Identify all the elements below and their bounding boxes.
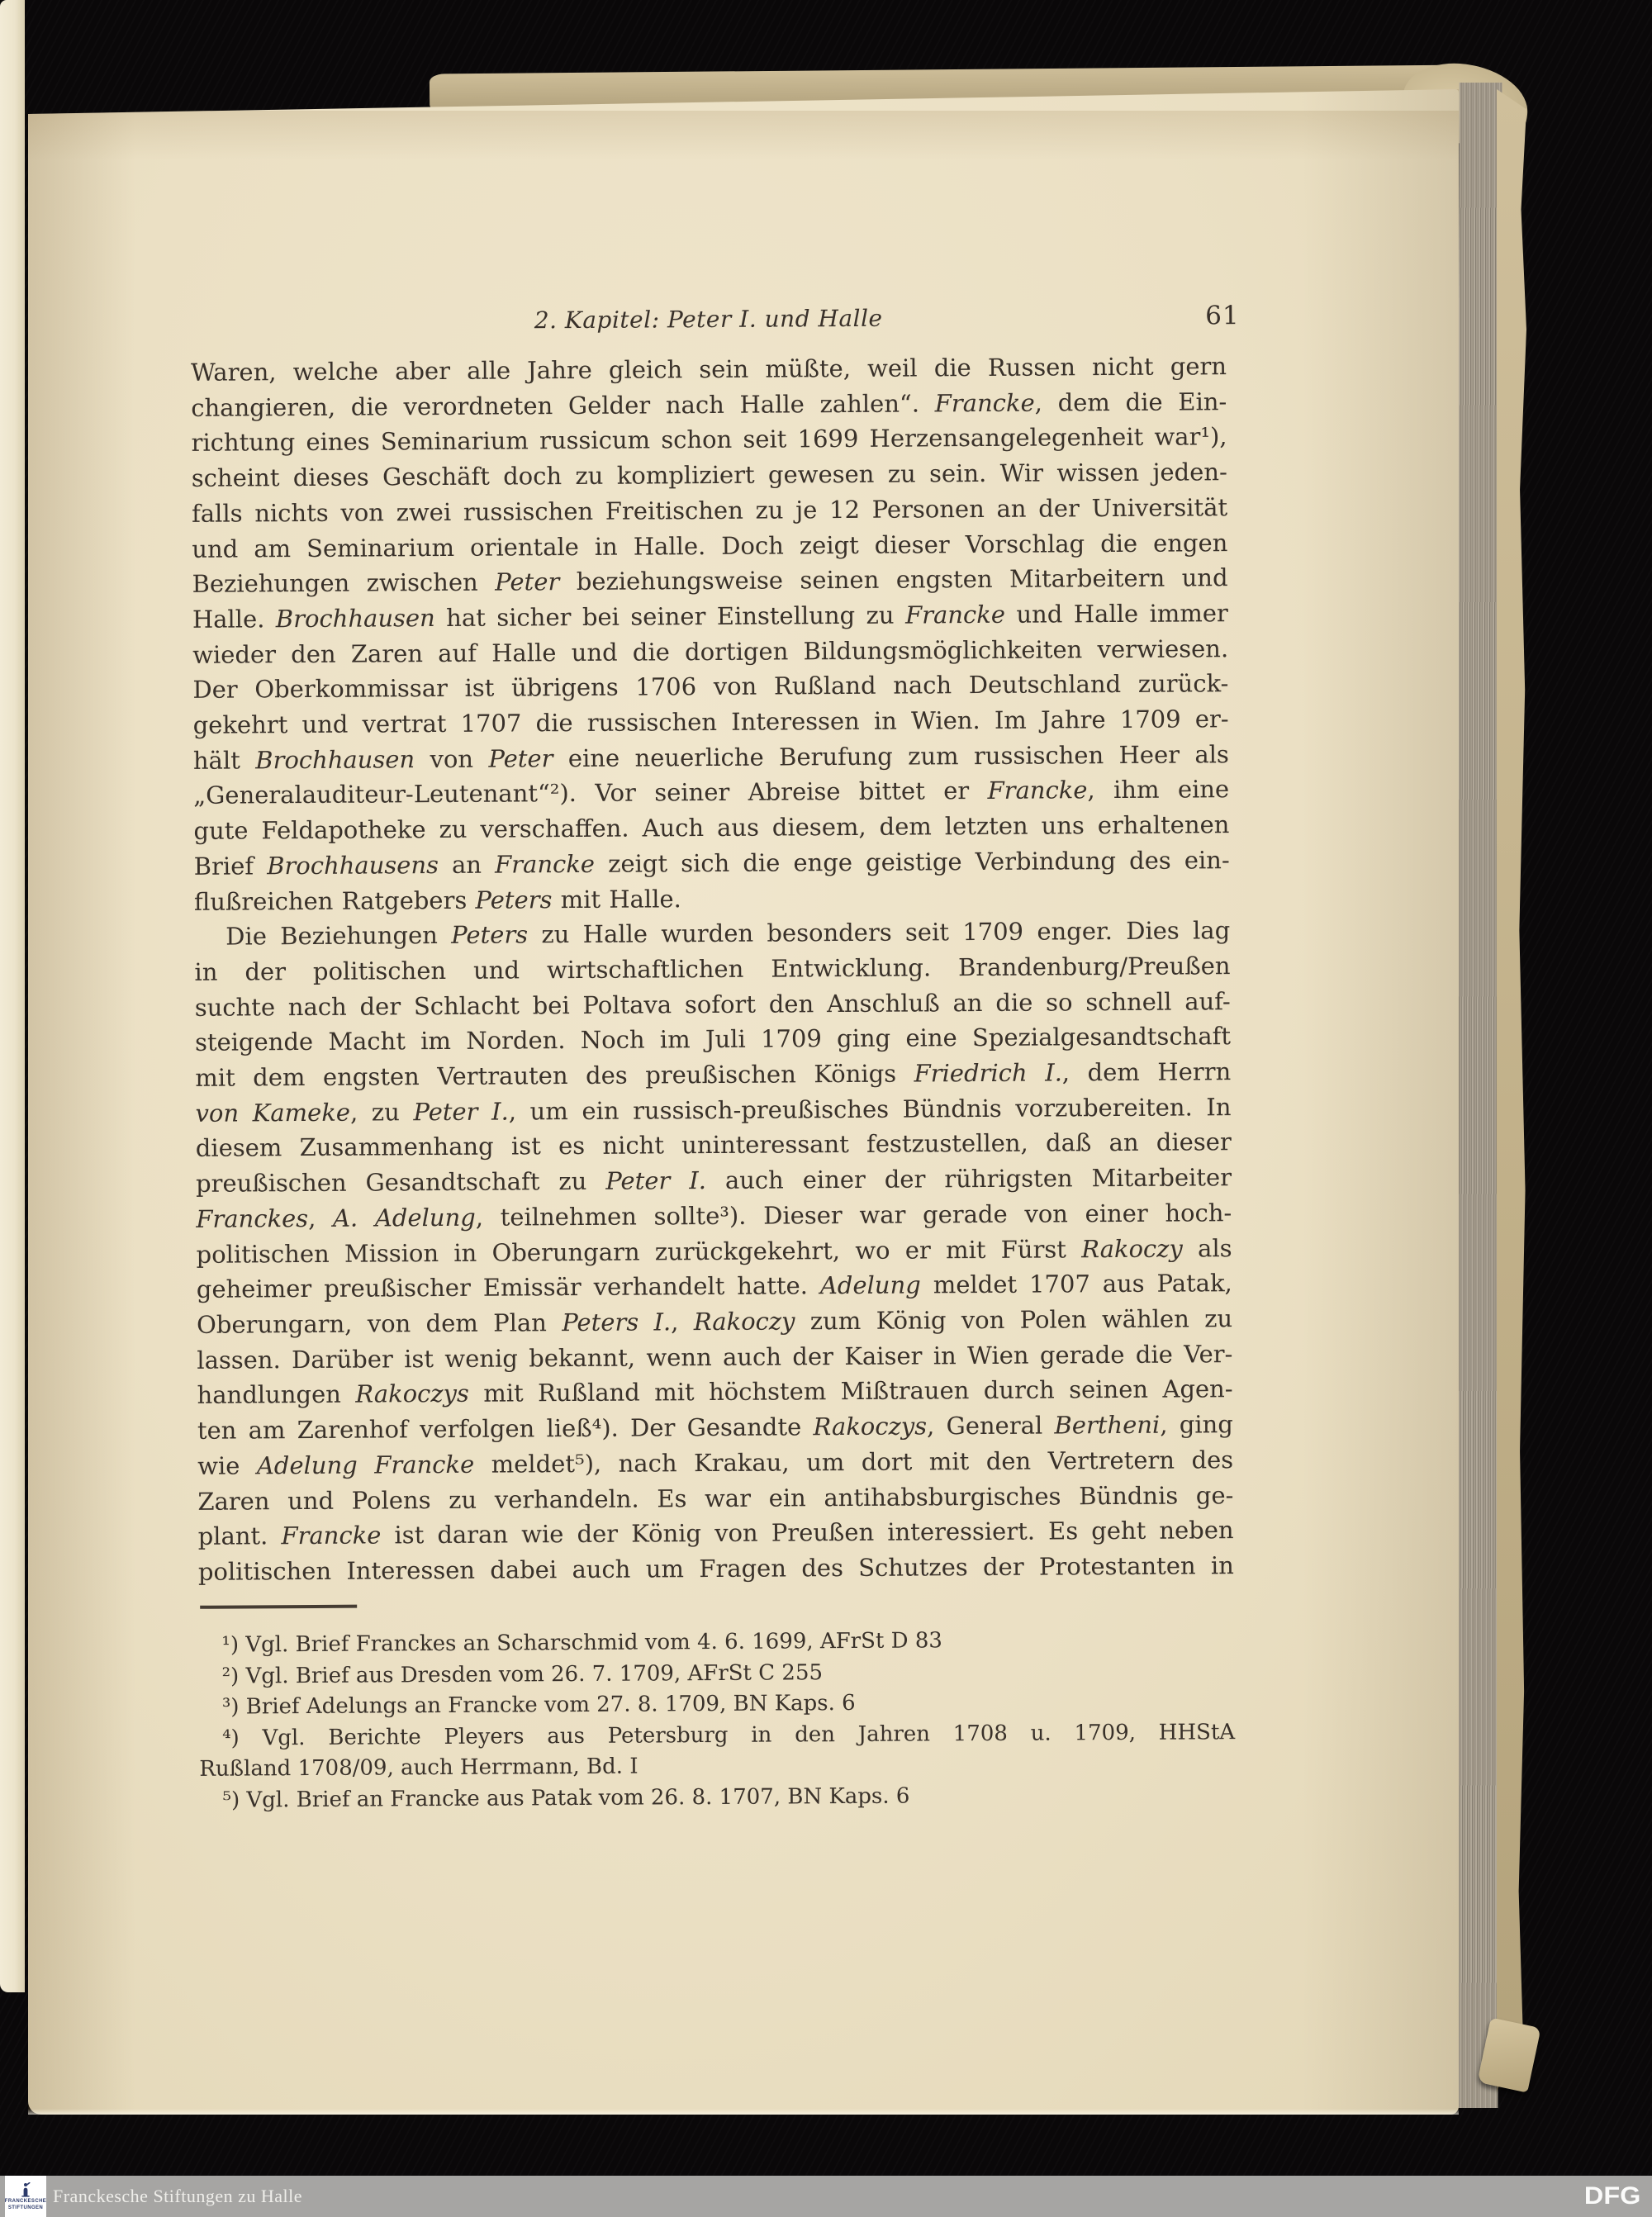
- body-line: in der politischen und wirtschaftlichen …: [194, 948, 1230, 990]
- body-line: politischen Mission in Oberungarn zurück…: [196, 1231, 1232, 1272]
- body-line: geheimer preußischer Emissär verhandelt …: [197, 1265, 1232, 1307]
- body-line: „Generalauditeur-Leutenant“²). Vor seine…: [193, 772, 1229, 814]
- footnote-line: ⁵) Vgl. Brief an Francke aus Patak vom 2…: [200, 1779, 1236, 1816]
- franckesche-stiftungen-icon: [19, 2182, 32, 2197]
- body-line: gekehrt und vertrat 1707 die russischen …: [193, 701, 1229, 743]
- book-page: 2. Kapitel: Peter I. und Halle 61 Waren,…: [28, 89, 1459, 2115]
- body-line: wie Adelung Francke meldet⁵), nach Kraka…: [197, 1442, 1233, 1484]
- body-line: und am Seminarium orientale in Halle. Do…: [192, 525, 1227, 567]
- body-line: politischen Interessen dabei auch um Fra…: [198, 1548, 1234, 1589]
- running-header: 2. Kapitel: Peter I. und Halle 61: [191, 302, 1227, 347]
- viewer-footer-bar: FRANCKESCHE STIFTUNGEN Franckesche Stift…: [0, 2176, 1652, 2217]
- body-line: lassen. Darüber ist wenig bekannt, wenn …: [197, 1336, 1232, 1378]
- body-line: steigende Macht im Norden. Noch im Juli …: [195, 1019, 1231, 1061]
- body-line: von Kameke, zu Peter I., um ein russisch…: [195, 1090, 1231, 1131]
- chapter-title: 2. Kapitel: Peter I. und Halle: [191, 302, 1227, 336]
- body-line: flußreichen Ratgebers Peters mit Halle.: [194, 878, 1230, 919]
- logo-text-line1: FRANCKESCHE: [5, 2199, 46, 2205]
- body-line: Oberungarn, von dem Plan Peters I., Rako…: [197, 1301, 1232, 1342]
- footnote-separator-rule: [200, 1605, 357, 1609]
- body-line: diesem Zusammenhang ist es nicht uninter…: [196, 1125, 1232, 1166]
- institution-name: Franckesche Stiftungen zu Halle: [53, 2176, 302, 2217]
- book-fore-edge-worn-band: [1497, 89, 1526, 2091]
- body-line: ten am Zarenhof verfolgen ließ⁴). Der Ge…: [197, 1407, 1233, 1448]
- bottom-edge-highlight: [28, 2109, 1459, 2115]
- body-line: Zaren und Polens zu verhandeln. Es war e…: [197, 1478, 1233, 1519]
- logo-text-line2: STIFTUNGEN: [8, 2205, 43, 2211]
- gutter-shadow: [28, 89, 135, 2115]
- page-number: 61: [1205, 301, 1240, 330]
- scanned-book-page-viewer: 2. Kapitel: Peter I. und Halle 61 Waren,…: [0, 0, 1652, 2217]
- body-text: Waren, welche aber alle Jahre gleich sei…: [191, 349, 1234, 1589]
- body-line: mit dem engsten Vertrauten des preußisch…: [195, 1054, 1231, 1095]
- printed-page-content: 2. Kapitel: Peter I. und Halle 61 Waren,…: [189, 86, 1237, 1992]
- body-line: Der Oberkommissar ist übrigens 1706 von …: [192, 667, 1228, 708]
- body-line: falls nichts von zwei russischen Freitis…: [192, 490, 1227, 531]
- dfg-logo: DFG: [1584, 2176, 1640, 2217]
- body-line: Waren, welche aber alle Jahre gleich sei…: [191, 349, 1227, 390]
- body-line: preußischen Gesandtschaft zu Peter I. au…: [196, 1160, 1232, 1201]
- body-line: Franckes, A. Adelung, teilnehmen sollte³…: [196, 1195, 1232, 1237]
- body-line: scheint dieses Geschäft doch zu komplizi…: [192, 454, 1227, 496]
- book-fore-edge: [1455, 83, 1502, 2108]
- body-line: plant. Francke ist daran wie der König v…: [198, 1512, 1234, 1554]
- body-line: suchte nach der Schlacht bei Poltava sof…: [195, 984, 1231, 1025]
- body-line: handlungen Rakoczys mit Rußland mit höch…: [197, 1372, 1232, 1413]
- footnote-line: ⁴) Vgl. Berichte Pleyers aus Petersburg …: [199, 1717, 1235, 1754]
- footnotes: ¹) Vgl. Brief Franckes an Scharschmid vo…: [198, 1624, 1235, 1816]
- body-line: Beziehungen zwischen Peter beziehungswei…: [192, 560, 1227, 601]
- body-line: wieder den Zaren auf Halle und die dorti…: [192, 631, 1228, 672]
- franckesche-stiftungen-logo: FRANCKESCHE STIFTUNGEN: [5, 2176, 46, 2217]
- facing-page-edge: [0, 0, 25, 1992]
- body-line: Brief Brochhausens an Francke zeigt sich…: [194, 843, 1230, 884]
- body-line: hält Brochhausen von Peter eine neuerlic…: [193, 737, 1229, 778]
- body-line: Die Beziehungen Peters zu Halle wurden b…: [194, 913, 1230, 954]
- right-curvature-shadow: [1302, 89, 1459, 2115]
- body-line: richtung eines Seminarium russicum schon…: [191, 420, 1227, 461]
- body-line: Halle. Brochhausen hat sicher bei seiner…: [192, 596, 1228, 637]
- body-line: gute Feldapotheke zu verschaffen. Auch a…: [193, 807, 1229, 848]
- body-line: changieren, die verordneten Gelder nach …: [191, 384, 1227, 425]
